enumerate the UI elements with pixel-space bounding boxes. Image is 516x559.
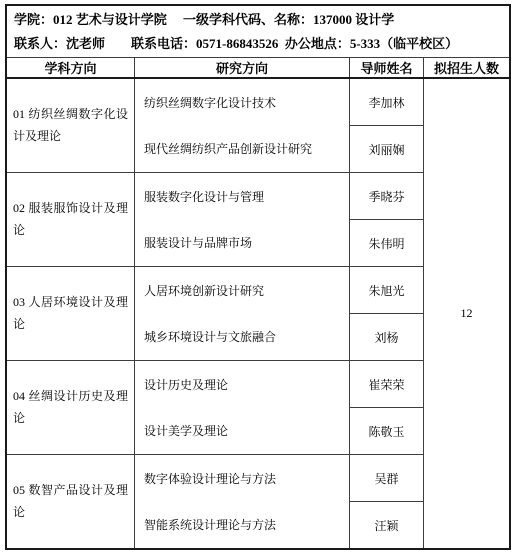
mentor-name: 汪颖 [350, 502, 423, 548]
mentor-name: 朱伟明 [350, 220, 423, 266]
table-row-05: 05 数智产品设计及理论 数字体验设计理论与方法 智能系统设计理论与方法 吴群 … [7, 455, 424, 548]
mentor-name: 陈敬玉 [350, 408, 423, 454]
discipline-cell: 01 纺织丝绸数字化设计及理论 [7, 79, 135, 172]
research-direction: 现代丝绸纺织产品创新设计研究 [135, 126, 349, 173]
table-row-03: 03 人居环境设计及理论 人居环境创新设计研究 城乡环境设计与文旅融合 朱旭光 … [7, 267, 424, 361]
research-cell: 人居环境创新设计研究 城乡环境设计与文旅融合 [135, 267, 350, 360]
college-info-line2: 联系人：沈老师 联系电话：0571-86843526 办公地点：5-333（临平… [14, 35, 502, 53]
discipline-cell: 02 服装服饰设计及理论 [7, 173, 135, 266]
mentor-cell: 李加林 刘丽娴 [350, 79, 424, 172]
discipline-text: 01 纺织丝绸数字化设计及理论 [13, 104, 128, 147]
research-direction: 设计历史及理论 [135, 361, 349, 408]
research-direction: 数字体验设计理论与方法 [135, 455, 349, 502]
table-row-02: 02 服装服饰设计及理论 服装数字化设计与管理 服装设计与品牌市场 季晓芬 朱伟… [7, 173, 424, 267]
enrollment-merged-cell: 12 [424, 79, 509, 548]
discipline-cell: 04 丝绸设计历史及理论 [7, 361, 135, 454]
enrollment-count: 12 [461, 306, 473, 321]
table-body-left: 01 纺织丝绸数字化设计及理论 纺织丝绸数字化设计技术 现代丝绸纺织产品创新设计… [7, 79, 424, 548]
research-direction: 服装设计与品牌市场 [135, 220, 349, 267]
research-direction: 纺织丝绸数字化设计技术 [135, 79, 349, 126]
research-cell: 设计历史及理论 设计美学及理论 [135, 361, 350, 454]
document-page: 学院：012 艺术与设计学院 一级学科代码、名称：137000 设计学 联系人：… [0, 0, 516, 559]
mentor-name: 朱旭光 [350, 267, 423, 314]
column-header-discipline: 学科方向 [7, 58, 135, 77]
research-cell: 纺织丝绸数字化设计技术 现代丝绸纺织产品创新设计研究 [135, 79, 350, 172]
research-direction: 人居环境创新设计研究 [135, 267, 349, 314]
column-header-research: 研究方向 [135, 58, 350, 77]
column-header-enrollment: 拟招生人数 [424, 58, 509, 77]
research-direction: 服装数字化设计与管理 [135, 173, 349, 220]
mentor-cell: 崔荣荣 陈敬玉 [350, 361, 424, 454]
mentor-name: 吴群 [350, 455, 423, 502]
discipline-text: 05 数智产品设计及理论 [13, 480, 128, 523]
research-cell: 服装数字化设计与管理 服装设计与品牌市场 [135, 173, 350, 266]
research-direction: 智能系统设计理论与方法 [135, 502, 349, 549]
discipline-text: 03 人居环境设计及理论 [13, 292, 128, 335]
discipline-text: 02 服装服饰设计及理论 [13, 198, 128, 241]
mentor-name: 季晓芬 [350, 173, 423, 220]
research-direction: 设计美学及理论 [135, 408, 349, 455]
table-body: 01 纺织丝绸数字化设计及理论 纺织丝绸数字化设计技术 现代丝绸纺织产品创新设计… [7, 79, 509, 548]
discipline-cell: 05 数智产品设计及理论 [7, 455, 135, 548]
column-header-mentor: 导师姓名 [350, 58, 424, 77]
research-cell: 数字体验设计理论与方法 智能系统设计理论与方法 [135, 455, 350, 548]
table-row-01: 01 纺织丝绸数字化设计及理论 纺织丝绸数字化设计技术 现代丝绸纺织产品创新设计… [7, 79, 424, 173]
discipline-text: 04 丝绸设计历史及理论 [13, 386, 128, 429]
admissions-table-document: 学院：012 艺术与设计学院 一级学科代码、名称：137000 设计学 联系人：… [5, 4, 511, 550]
mentor-cell: 季晓芬 朱伟明 [350, 173, 424, 266]
discipline-cell: 03 人居环境设计及理论 [7, 267, 135, 360]
college-info-box: 学院：012 艺术与设计学院 一级学科代码、名称：137000 设计学 联系人：… [7, 6, 509, 58]
table-row-04: 04 丝绸设计历史及理论 设计历史及理论 设计美学及理论 崔荣荣 陈敬玉 [7, 361, 424, 455]
mentor-name: 李加林 [350, 79, 423, 126]
research-direction: 城乡环境设计与文旅融合 [135, 314, 349, 361]
mentor-cell: 朱旭光 刘杨 [350, 267, 424, 360]
mentor-name: 刘丽娴 [350, 126, 423, 172]
college-info-line1: 学院：012 艺术与设计学院 一级学科代码、名称：137000 设计学 [14, 11, 502, 29]
table-header-row: 学科方向 研究方向 导师姓名 拟招生人数 [7, 58, 509, 79]
mentor-cell: 吴群 汪颖 [350, 455, 424, 548]
mentor-name: 崔荣荣 [350, 361, 423, 408]
mentor-name: 刘杨 [350, 314, 423, 360]
